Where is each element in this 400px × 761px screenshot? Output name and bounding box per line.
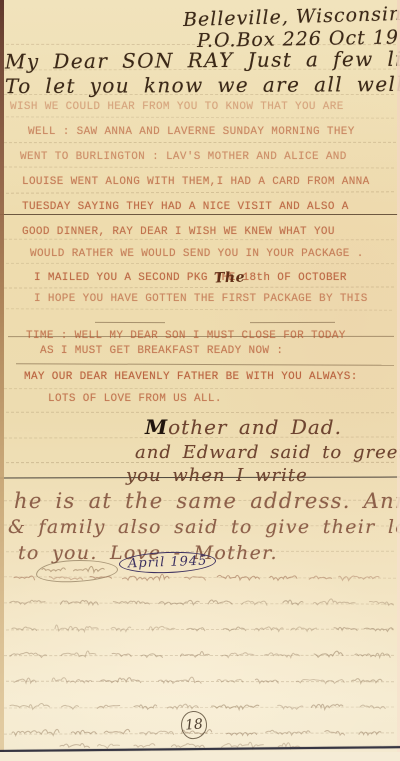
page-number: 18 — [185, 716, 204, 733]
ruled-line — [4, 286, 394, 288]
ruled-line — [6, 681, 394, 683]
ruled-line — [6, 308, 392, 310]
ruled-line — [16, 363, 394, 366]
closing-line: you when I write — [126, 465, 308, 486]
ruled-line — [6, 191, 394, 193]
typed-line: MAY OUR DEAR HEAVENLY FATHER BE WITH YOU… — [24, 371, 358, 383]
ruled-line — [6, 263, 394, 264]
postscript-line: & family also said to give their love — [8, 516, 400, 538]
pencil-stroke — [134, 744, 155, 748]
typed-line: TIME : WELL MY DEAR SON I MUST CLOSE FOR… — [26, 330, 346, 342]
typed-line: LOUISE WENT ALONG WITH THEM,I HAD A CARD… — [22, 176, 370, 188]
typed-line: WELL : SAW ANNA AND LAVERNE SUNDAY MORNI… — [28, 126, 355, 138]
ruled-line — [0, 214, 398, 215]
ruled-line — [4, 239, 394, 241]
typed-line: WENT TO BURLINGTON : LAV'S MOTHER AND AL… — [20, 151, 347, 163]
ruled-line — [4, 388, 394, 389]
overstrike-word: The — [214, 269, 246, 286]
ruled-line — [95, 322, 165, 323]
ruled-line — [6, 629, 394, 631]
pencil-stroke — [97, 744, 119, 748]
typed-line: TUESDAY SAYING THEY HAD A NICE VISIT AND… — [22, 201, 349, 213]
ruled-line — [4, 655, 394, 656]
pencil-stroke — [55, 625, 98, 632]
typed-line: I MAILED YOU A SECOND PKG THE 18th OF OC… — [34, 272, 347, 284]
typed-line: GOOD DINNER, RAY DEAR I WISH WE KNEW WHA… — [22, 226, 335, 238]
page-number-circled: 18 — [180, 710, 208, 740]
ruled-line — [250, 322, 335, 323]
ruled-line — [4, 707, 394, 709]
scan-left-edge — [0, 0, 4, 761]
ruled-line — [4, 142, 396, 143]
typed-line: I HOPE YOU HAVE GOTTEN THE FIRST PACKAGE… — [34, 293, 368, 305]
ruled-line — [4, 602, 394, 604]
pencil-stroke — [171, 744, 204, 748]
letter-scan: Belleville, Wisconsin P.O.Box 226 Oct 19… — [0, 0, 400, 761]
pencil-stroke — [60, 744, 89, 748]
salutation-line: My Dear SON RAY Just a few lines — [5, 46, 400, 73]
ruled-line — [4, 167, 394, 169]
below-edge-area — [0, 752, 400, 761]
typed-line: LOTS OF LOVE FROM US ALL. — [48, 393, 222, 405]
postscript-line: he is at the same address. Anna — [14, 489, 400, 513]
typed-line: WISH WE COULD HEAR FROM YOU TO KNOW THAT… — [10, 101, 344, 113]
closing-line: and Edward said to greet — [135, 442, 400, 463]
salutation-line: To let you know we are all well. — [5, 72, 400, 98]
typed-line: AS I MUST GET BREAKFAST READY NOW : — [40, 345, 283, 357]
ruled-line — [6, 412, 394, 414]
typed-line: WOULD RATHER WE WOULD SEND YOU IN YOUR P… — [30, 248, 364, 260]
closing-line: Mother and Dad. — [145, 415, 342, 439]
ruled-line — [6, 116, 394, 118]
